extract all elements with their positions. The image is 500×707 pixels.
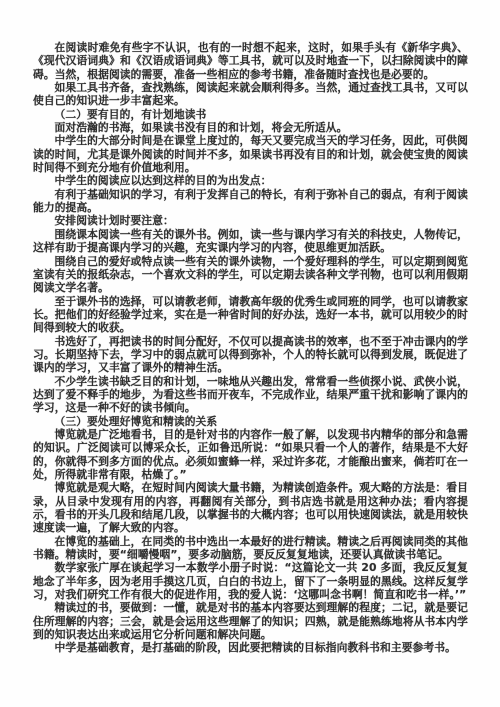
- paragraph: 中学是基础教育，是打基础的阶段，因此要把精读的目标指向教科书和主要参考书。: [33, 641, 468, 654]
- paragraph: 安排阅读计划时要注意：: [33, 214, 468, 227]
- paragraph: 在阅读时难免有些字不认识，也有的一时想不起来，这时，如果手头有《新华字典》、《现…: [33, 41, 468, 81]
- section-heading: （二）要有目的，有计划地读书: [33, 108, 468, 121]
- paragraph: 至于课外书的选择，可以请教老师，请教高年级的优秀生或同班的同学，也可以请教家长。…: [33, 295, 468, 335]
- section-heading: （三）要处理好博览和精读的关系: [33, 415, 468, 428]
- paragraph: 在博览的基础上，在同类的书中选出一本最好的进行精读。精读之后再阅读同类的其他书籍…: [33, 535, 468, 562]
- paragraph: 博览就是广泛地看书，目的是针对书的内容作一般了解，以发现书内精华的部分和急需的知…: [33, 428, 468, 481]
- paragraph: 不少学生读书缺乏目的和计划，一味地从兴趣出发，常常看一些侦探小说、武侠小说，达到…: [33, 375, 468, 415]
- paragraph: 中学生的大部分时间是在课堂上度过的，每天又要完成当天的学习任务，因此，可供阅读的…: [33, 134, 468, 174]
- paragraph: 如果工具书齐备，查找熟练，阅读起来就会顺利得多。当然，通过查找工具书，又可以使自…: [33, 81, 468, 108]
- paragraph: 中学生的阅读应以达到这样的目的为出发点：: [33, 174, 468, 187]
- paragraph: 精读过的书，要做到：一懂，就是对书的基本内容要达到理解的程度；二记，就是要记住所…: [33, 601, 468, 641]
- paragraph: 围绕课本阅读一些有关的课外书。例如，读一些与课内学习有关的科技史，人物传记，这样…: [33, 228, 468, 255]
- document-body: 在阅读时难免有些字不认识，也有的一时想不起来，这时，如果手头有《新华字典》、《现…: [33, 41, 468, 655]
- paragraph: 博览就是观大略，在短时间内阅读大量书籍，为精读创造条件。观大略的方法是：看目录，…: [33, 481, 468, 534]
- paragraph: 围绕自己的爱好或特点读一些有关的课外读物，一个爱好理科的学生，可以定期到阅览室读…: [33, 255, 468, 295]
- paragraph: 面对浩瀚的书海，如果读书没有目的和计划，将会无所适从。: [33, 121, 468, 134]
- paragraph: 有利于基础知识的学习，有利于发挥自己的特长，有利于弥补自己的弱点，有利于阅读能力…: [33, 188, 468, 215]
- paragraph: 书选好了，再把读书的时间分配好，不仅可以提高读书的效率，也不至于冲击课内的学习。…: [33, 335, 468, 375]
- scanned-page: 在阅读时难免有些字不认识，也有的一时想不起来，这时，如果手头有《新华字典》、《现…: [0, 0, 500, 707]
- paragraph: 数学家张广厚在谈起学习一本数学小册子时说：“这篇论文一共 20 多面，我反反复复…: [33, 561, 468, 601]
